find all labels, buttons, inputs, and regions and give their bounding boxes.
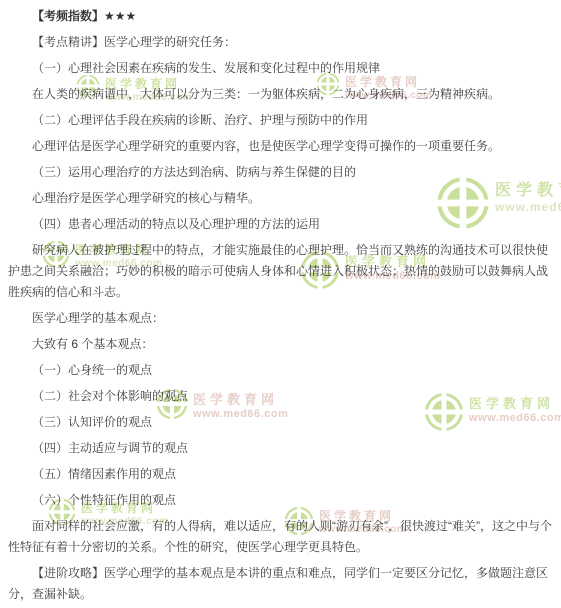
viewpoint-item-5: （五）情绪因素作用的观点 [8,464,555,485]
task-item-4: （四）患者心理活动的特点以及心理护理的方法的运用 [8,214,555,235]
viewpoint-item-3: （三）认知评价的观点 [8,412,555,433]
task-item-4-detail: 研究病人在被护理过程中的特点，才能实施最佳的心理护理。恰当而又熟练的沟通技术可以… [8,240,555,303]
viewpoint-item-2: （二）社会对个体影响的观点 [8,386,555,407]
task-item-1: （一）心理社会因素在疾病的发生、发展和变化过程中的作用规律 [8,58,555,79]
viewpoints-heading: 医学心理学的基本观点： [8,308,555,329]
task-item-2: （二）心理评估手段在疾病的诊断、治疗、护理与预防中的作用 [8,110,555,131]
viewpoints-intro: 大致有 6 个基本观点： [8,334,555,355]
document-body: 【考频指数】★★★ 【考点精讲】医学心理学的研究任务： （一）心理社会因素在疾病… [0,0,561,605]
viewpoint-item-1: （一）心身统一的观点 [8,360,555,381]
viewpoint-detail: 面对同样的社会应激，有的人得病，难以适应，有的人则“游刃有余”，很快渡过“难关”… [8,516,555,558]
exam-frequency-line: 【考频指数】★★★ [8,6,555,27]
task-item-3-detail: 心理治疗是医学心理学研究的核心与精华。 [8,188,555,209]
key-point-heading: 【考点精讲】医学心理学的研究任务： [8,32,555,53]
advanced-strategy-line: 【进阶攻略】医学心理学的基本观点是本讲的重点和难点，同学们一定要区分记忆，多做题… [8,563,555,605]
viewpoint-item-4: （四）主动适应与调节的观点 [8,438,555,459]
document-page: 医学教育网www.med66.com 医学教育网www.med66.com 医学… [0,0,561,608]
task-item-2-detail: 心理评估是医学心理学研究的重要内容，也是使医学心理学变得可操作的一项重要任务。 [8,136,555,157]
task-item-3: （三）运用心理治疗的方法达到治病、防病与养生保健的目的 [8,162,555,183]
viewpoint-item-6: （六）个性特征作用的观点 [8,490,555,511]
task-item-1-detail: 在人类的疾病谱中，大体可以分为三类：一为躯体疾病，二为心身疾病，三为精神疾病。 [8,84,555,105]
